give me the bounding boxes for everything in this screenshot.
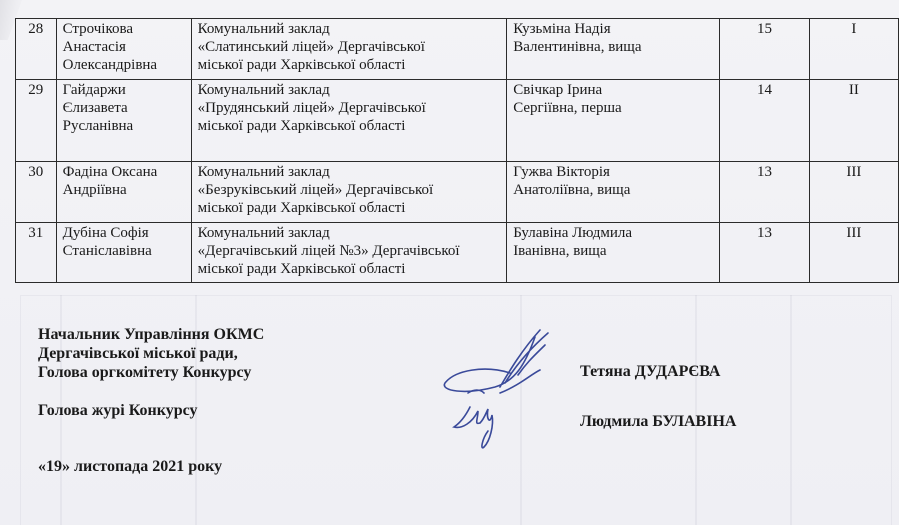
student-name: СтрочіковаАнастасіяОлександрівна <box>56 19 191 80</box>
jury-name: Людмила БУЛАВІНА <box>580 413 736 431</box>
row-number: 28 <box>16 19 57 80</box>
school-name: Комунальний заклад«Слатинський ліцей» Де… <box>191 19 507 80</box>
school-name-line: міської ради Харківської області <box>198 56 501 74</box>
teacher-name: Булавіна ЛюдмилаІванівна, вища <box>507 223 720 283</box>
table-row: 29ГайдаржиЄлизаветаРусланівнаКомунальний… <box>16 80 899 162</box>
place: III <box>809 223 898 283</box>
table-row: 28СтрочіковаАнастасіяОлександрівнаКомуна… <box>16 19 899 80</box>
school-name-line: «Слатинський ліцей» Дергачівської <box>198 38 501 56</box>
school-name: Комунальний заклад«Безруківський ліцей» … <box>191 162 507 223</box>
score: 13 <box>720 162 809 223</box>
student-name-line: Анастасія <box>63 38 185 56</box>
head-title-block: Начальник Управління ОКМС Дергачівської … <box>38 325 264 420</box>
school-name: Комунальний заклад«Дергачівський ліцей №… <box>191 223 507 283</box>
student-name-line: Олександрівна <box>63 56 185 74</box>
teacher-name-line: Свічкар Ірина <box>513 81 713 99</box>
student-name: Дубіна СофіяСтаніславівна <box>56 223 191 283</box>
school-name-line: Комунальний заклад <box>198 20 501 38</box>
school-name-line: міської ради Харківської області <box>198 260 501 278</box>
school-name-line: Комунальний заклад <box>198 163 501 181</box>
head-title-line: Начальник Управління ОКМС <box>38 325 264 344</box>
school-name-line: «Безруківський ліцей» Дергачівської <box>198 181 501 199</box>
place: III <box>809 162 898 223</box>
student-name-line: Дубіна Софія <box>63 224 185 242</box>
school-name-line: Комунальний заклад <box>198 224 501 242</box>
school-name-line: «Дергачівський ліцей №3» Дергачівської <box>198 242 501 260</box>
place: II <box>809 80 898 162</box>
place: I <box>809 19 898 80</box>
signature-jury <box>450 385 510 460</box>
student-name-line: Андріївна <box>63 181 185 199</box>
student-name-line: Русланівна <box>63 117 185 135</box>
results-table: 28СтрочіковаАнастасіяОлександрівнаКомуна… <box>15 18 899 283</box>
score: 13 <box>720 223 809 283</box>
school-name-line: міської ради Харківської області <box>198 199 501 217</box>
teacher-name-line: Булавіна Людмила <box>513 224 713 242</box>
teacher-name: Свічкар ІринаСергіївна, перша <box>507 80 720 162</box>
student-name-line: Фадіна Оксана <box>63 163 185 181</box>
jury-title: Голова журі Конкурсу <box>38 401 264 420</box>
teacher-name-line: Іванівна, вища <box>513 242 713 260</box>
teacher-name-line: Кузьміна Надія <box>513 20 713 38</box>
score: 15 <box>720 19 809 80</box>
head-title-line: Дергачівської міської ради, <box>38 344 264 363</box>
table-row: 31Дубіна СофіяСтаніславівнаКомунальний з… <box>16 223 899 283</box>
teacher-name: Гужва ВікторіяАнатоліївна, вища <box>507 162 720 223</box>
bleed-through <box>695 295 697 525</box>
table-row: 30Фадіна ОксанаАндріївнаКомунальний закл… <box>16 162 899 223</box>
school-name-line: Комунальний заклад <box>198 81 501 99</box>
school-name-line: міської ради Харківської області <box>198 117 501 135</box>
document-date: «19» листопада 2021 року <box>38 458 222 476</box>
student-name-line: Єлизавета <box>63 99 185 117</box>
document-page: 28СтрочіковаАнастасіяОлександрівнаКомуна… <box>0 0 899 525</box>
head-name: Тетяна ДУДАРЄВА <box>580 363 720 381</box>
row-number: 29 <box>16 80 57 162</box>
teacher-name-line: Сергіївна, перша <box>513 99 713 117</box>
student-name: Фадіна ОксанаАндріївна <box>56 162 191 223</box>
teacher-name-line: Гужва Вікторія <box>513 163 713 181</box>
school-name: Комунальний заклад«Прудянський ліцей» Де… <box>191 80 507 162</box>
teacher-name: Кузьміна НадіяВалентинівна, вища <box>507 19 720 80</box>
row-number: 31 <box>16 223 57 283</box>
head-title-line: Голова оргкомітету Конкурсу <box>38 363 264 382</box>
school-name-line: «Прудянський ліцей» Дергачівської <box>198 99 501 117</box>
bleed-through <box>790 295 792 525</box>
teacher-name-line: Анатоліївна, вища <box>513 181 713 199</box>
student-name-line: Станіславівна <box>63 242 185 260</box>
student-name: ГайдаржиЄлизаветаРусланівна <box>56 80 191 162</box>
score: 14 <box>720 80 809 162</box>
student-name-line: Гайдаржи <box>63 81 185 99</box>
student-name-line: Строчікова <box>63 20 185 38</box>
row-number: 30 <box>16 162 57 223</box>
teacher-name-line: Валентинівна, вища <box>513 38 713 56</box>
